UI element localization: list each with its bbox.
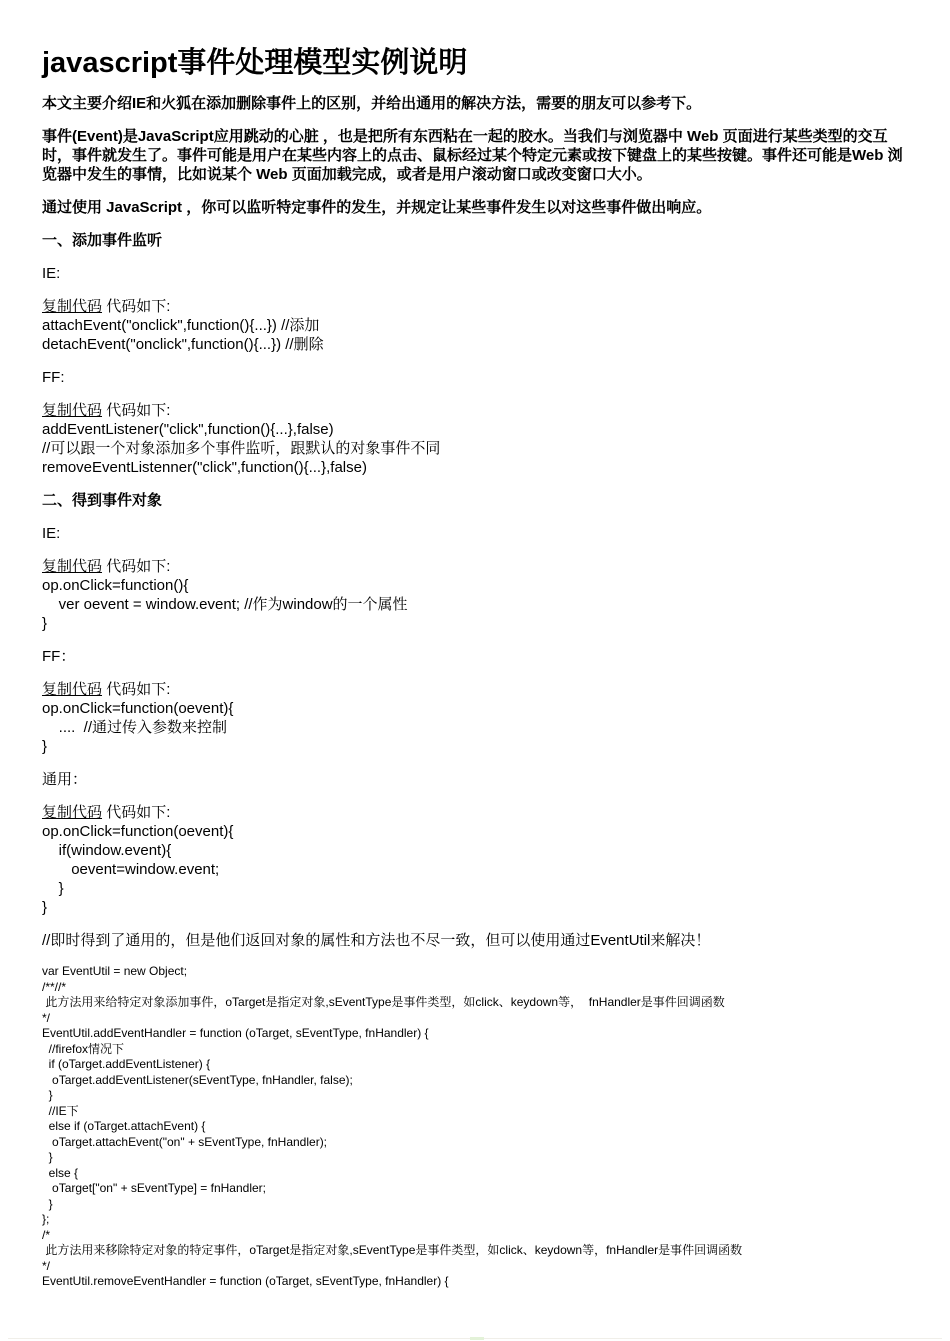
code-follows-label: 代码如下: bbox=[106, 804, 170, 821]
copy-code-link[interactable]: 复制代码 bbox=[42, 298, 102, 315]
copy-code-line: 复制代码 代码如下: bbox=[42, 803, 912, 822]
code-text-ie-attach: attachEvent("onclick",function(){...}) /… bbox=[42, 316, 912, 354]
browser-label-ff-2: FF： bbox=[42, 647, 912, 666]
copy-code-line: 复制代码 代码如下: bbox=[42, 401, 912, 420]
code-block-ie-event: 复制代码 代码如下: op.onClick=function(){ ver oe… bbox=[42, 557, 912, 633]
code-block-common-event: 复制代码 代码如下: op.onClick=function(oevent){ … bbox=[42, 803, 912, 917]
code-follows-label: 代码如下: bbox=[106, 298, 170, 315]
code-text-eventutil: var EventUtil = new Object; /**//* 此方法用来… bbox=[42, 964, 912, 1290]
eventutil-comment: //即时得到了通用的，但是他们返回对象的属性和方法也不尽一致，但可以使用通过Ev… bbox=[42, 931, 912, 950]
copy-code-line: 复制代码 代码如下: bbox=[42, 680, 912, 699]
intro-paragraph: 事件(Event)是JavaScript应用跳动的心脏 ，也是把所有东西粘在一起… bbox=[42, 127, 912, 184]
footer-speck bbox=[470, 1337, 484, 1340]
code-follows-label: 代码如下: bbox=[106, 681, 170, 698]
code-text-ff-listen: addEventListener("click",function(){...}… bbox=[42, 420, 912, 477]
copy-code-link[interactable]: 复制代码 bbox=[42, 558, 102, 575]
browser-label-ff-1: FF: bbox=[42, 368, 912, 387]
page-title: javascript事件处理模型实例说明 bbox=[42, 46, 912, 80]
code-follows-label: 代码如下: bbox=[106, 402, 170, 419]
summary-paragraph: 本文主要介绍IE和火狐在添加删除事件上的区别，并给出通用的解决方法，需要的朋友可… bbox=[42, 94, 912, 113]
copy-code-line: 复制代码 代码如下: bbox=[42, 297, 912, 316]
copy-code-link[interactable]: 复制代码 bbox=[42, 681, 102, 698]
browser-label-ie-1: IE: bbox=[42, 264, 912, 283]
label-common: 通用： bbox=[42, 770, 912, 789]
code-text-ff-event: op.onClick=function(oevent){ .... //通过传入… bbox=[42, 699, 912, 756]
code-block-ff-listen: 复制代码 代码如下: addEventListener("click",func… bbox=[42, 401, 912, 477]
code-text-common-event: op.onClick=function(oevent){ if(window.e… bbox=[42, 822, 912, 917]
code-block-ff-event: 复制代码 代码如下: op.onClick=function(oevent){ … bbox=[42, 680, 912, 756]
copy-code-link[interactable]: 复制代码 bbox=[42, 402, 102, 419]
copy-code-line: 复制代码 代码如下: bbox=[42, 557, 912, 576]
section-heading-add-listener: 一、添加事件监听 bbox=[42, 231, 912, 250]
code-text-ie-event: op.onClick=function(){ ver oevent = wind… bbox=[42, 576, 912, 633]
section-heading-get-event: 二、得到事件对象 bbox=[42, 491, 912, 510]
article-page: javascript事件处理模型实例说明 本文主要介绍IE和火狐在添加删除事件上… bbox=[0, 0, 950, 1341]
browser-label-ie-2: IE: bbox=[42, 524, 912, 543]
listen-paragraph: 通过使用 JavaScript ，你可以监听特定事件的发生，并规定让某些事件发生… bbox=[42, 198, 912, 217]
code-block-ie-attach: 复制代码 代码如下: attachEvent("onclick",functio… bbox=[42, 297, 912, 354]
code-follows-label: 代码如下: bbox=[106, 558, 170, 575]
copy-code-link[interactable]: 复制代码 bbox=[42, 804, 102, 821]
